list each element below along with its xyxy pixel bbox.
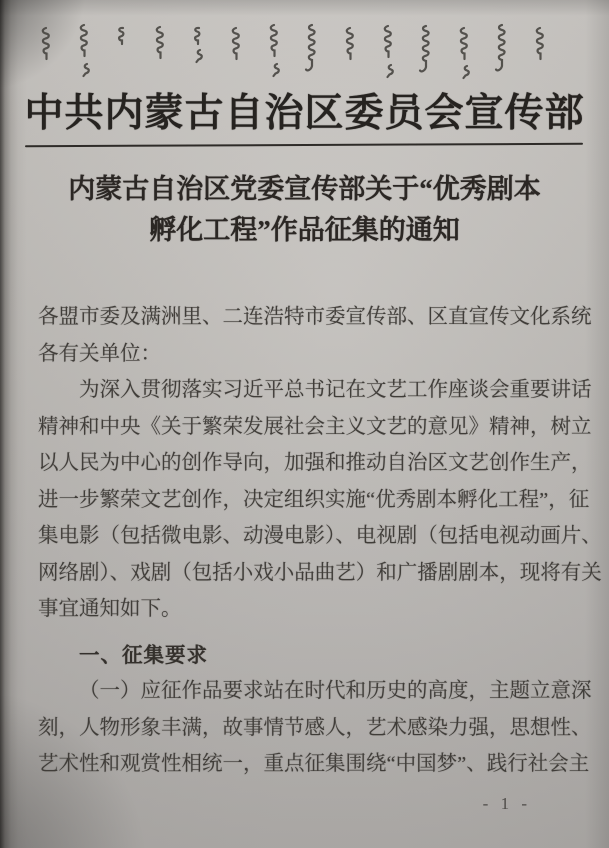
document-sheet: 中共内蒙古自治区委员会宣传部 内蒙古自治区党委宣传部关于“优秀剧本 孵化工程”作…	[0, 0, 609, 848]
organization-title: 中共内蒙古自治区委员会宣传部	[0, 82, 609, 138]
document-title-line-2: 孵化工程”作品征集的通知	[0, 210, 609, 251]
scanned-document-page: 中共内蒙古自治区委员会宣传部 内蒙古自治区党委宣传部关于“优秀剧本 孵化工程”作…	[0, 0, 609, 848]
document-body: 各盟市委及满洲里、二连浩特市委宣传部、区直宣传文化系统 各有关单位： 为深入贯彻…	[38, 299, 575, 783]
section-heading: 一、征集要求	[38, 637, 575, 674]
mongolian-script-banner-icon	[30, 20, 578, 84]
body-line: 以人民为中心的创作导向，加强和推动自治区文艺创作生产，	[38, 445, 575, 482]
document-title-line-1: 内蒙古自治区党委宣传部关于“优秀剧本	[0, 169, 609, 210]
document-title: 内蒙古自治区党委宣传部关于“优秀剧本 孵化工程”作品征集的通知	[0, 169, 609, 251]
page-number: - 1 -	[483, 794, 531, 814]
body-line-salutation-2: 各有关单位：	[38, 336, 575, 373]
body-line: 进一步繁荣文艺创作，决定组织实施“优秀剧本孵化工程”，征	[38, 482, 575, 519]
body-line: 艺术性和观赏性相统一，重点征集围绕“中国梦”、践行社会主	[38, 746, 575, 783]
body-line-salutation-1: 各盟市委及满洲里、二连浩特市委宣传部、区直宣传文化系统	[38, 299, 575, 336]
body-line: （一）应征作品要求站在时代和历史的高度，主题立意深	[38, 673, 575, 710]
header-divider-rule	[25, 143, 583, 147]
body-line: 网络剧）、戏剧（包括小戏小品曲艺）和广播剧剧本，现将有关	[38, 555, 575, 592]
body-line: 事宜通知如下。	[38, 591, 575, 628]
body-line: 为深入贯彻落实习近平总书记在文艺工作座谈会重要讲话	[38, 372, 575, 409]
body-line: 精神和中央《关于繁荣发展社会主义文艺的意见》精神，树立	[38, 409, 575, 446]
body-line: 集电影（包括微电影、动漫电影）、电视剧（包括电视动画片、	[38, 518, 575, 555]
body-line: 刻，人物形象丰满，故事情节感人，艺术感染力强，思想性、	[38, 710, 575, 747]
